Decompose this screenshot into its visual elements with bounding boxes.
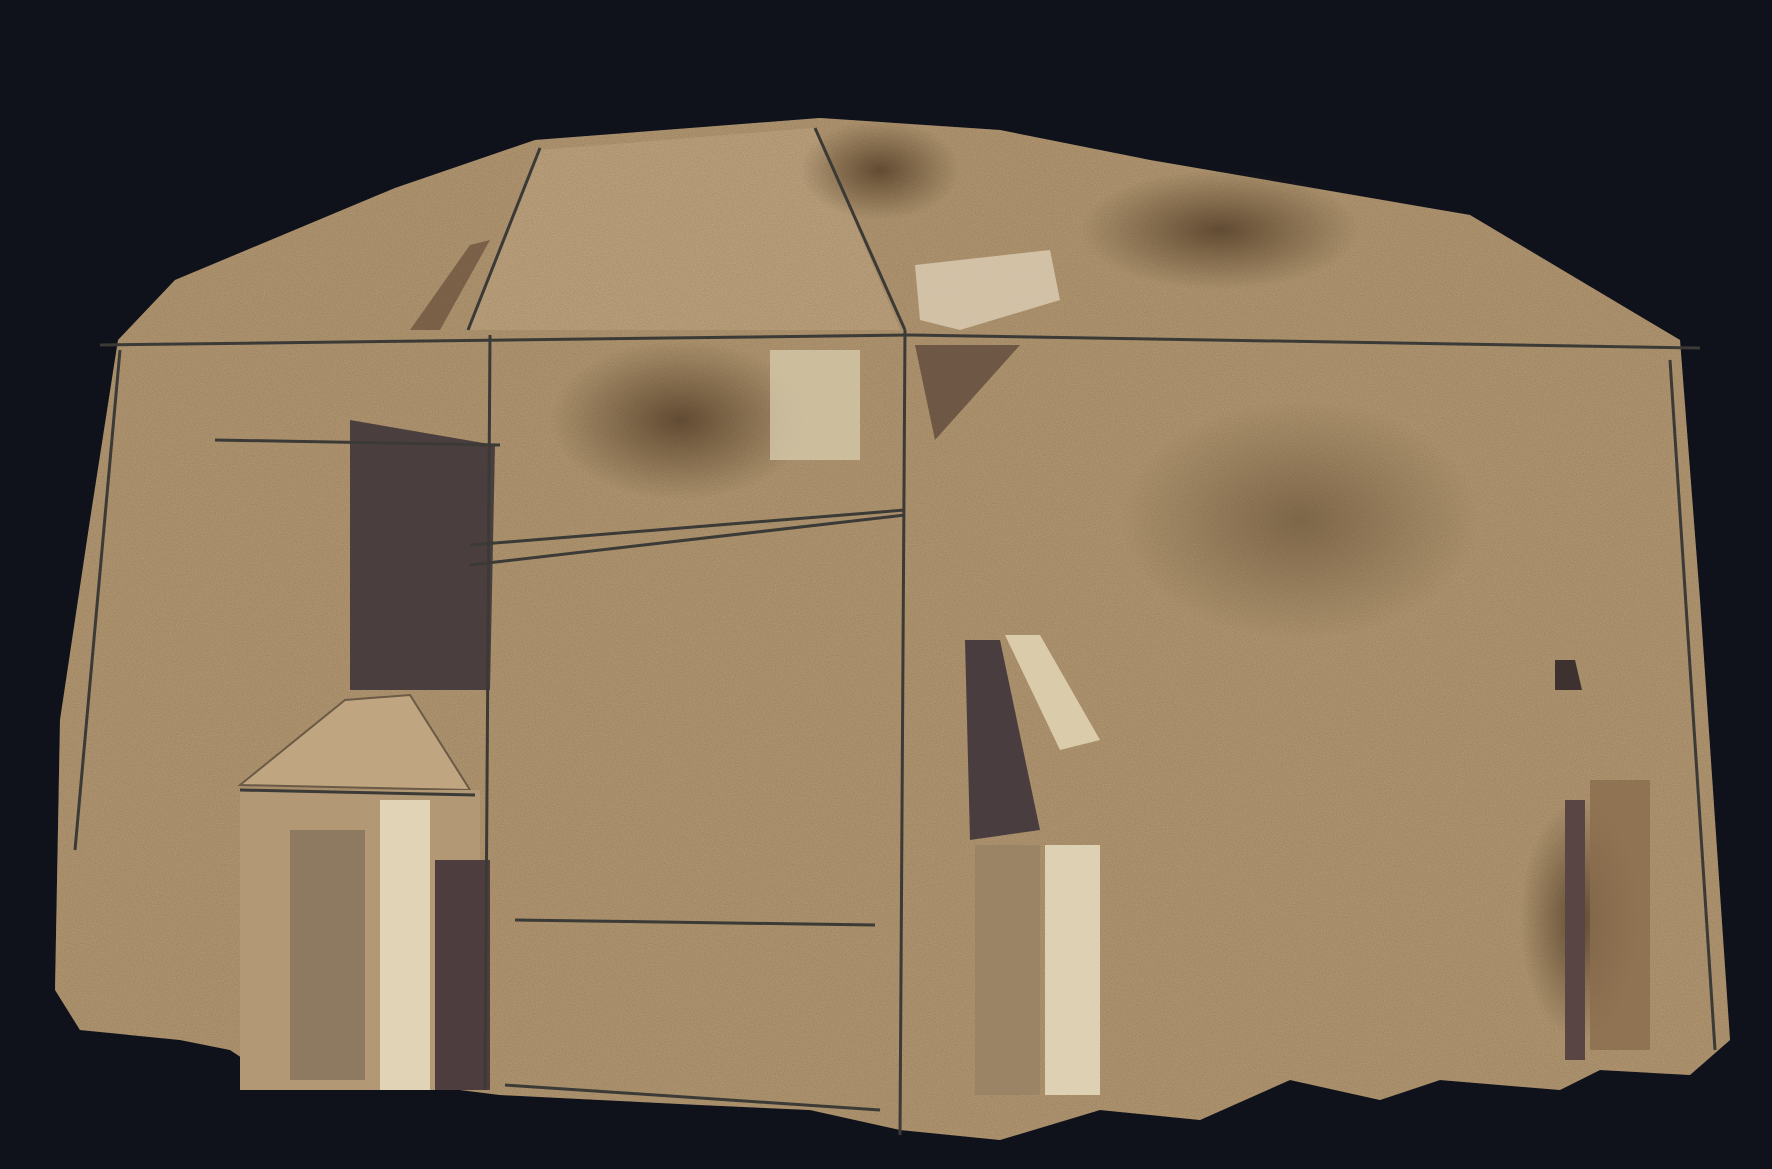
light-strip xyxy=(770,350,860,460)
dark-window-panel xyxy=(350,420,495,690)
left-porch-column xyxy=(380,800,430,1090)
center-doorway-shadow xyxy=(975,845,1040,1095)
right-doorway-panel xyxy=(1590,780,1650,1050)
left-porch-door xyxy=(290,830,365,1080)
house-relief xyxy=(0,0,1772,1169)
left-porch-dark-panel xyxy=(435,860,490,1090)
center-doorway-post xyxy=(1045,845,1100,1095)
artwork-canvas: Mixed-media textured relief of a house f… xyxy=(0,0,1772,1169)
right-doorway-post xyxy=(1565,800,1585,1060)
